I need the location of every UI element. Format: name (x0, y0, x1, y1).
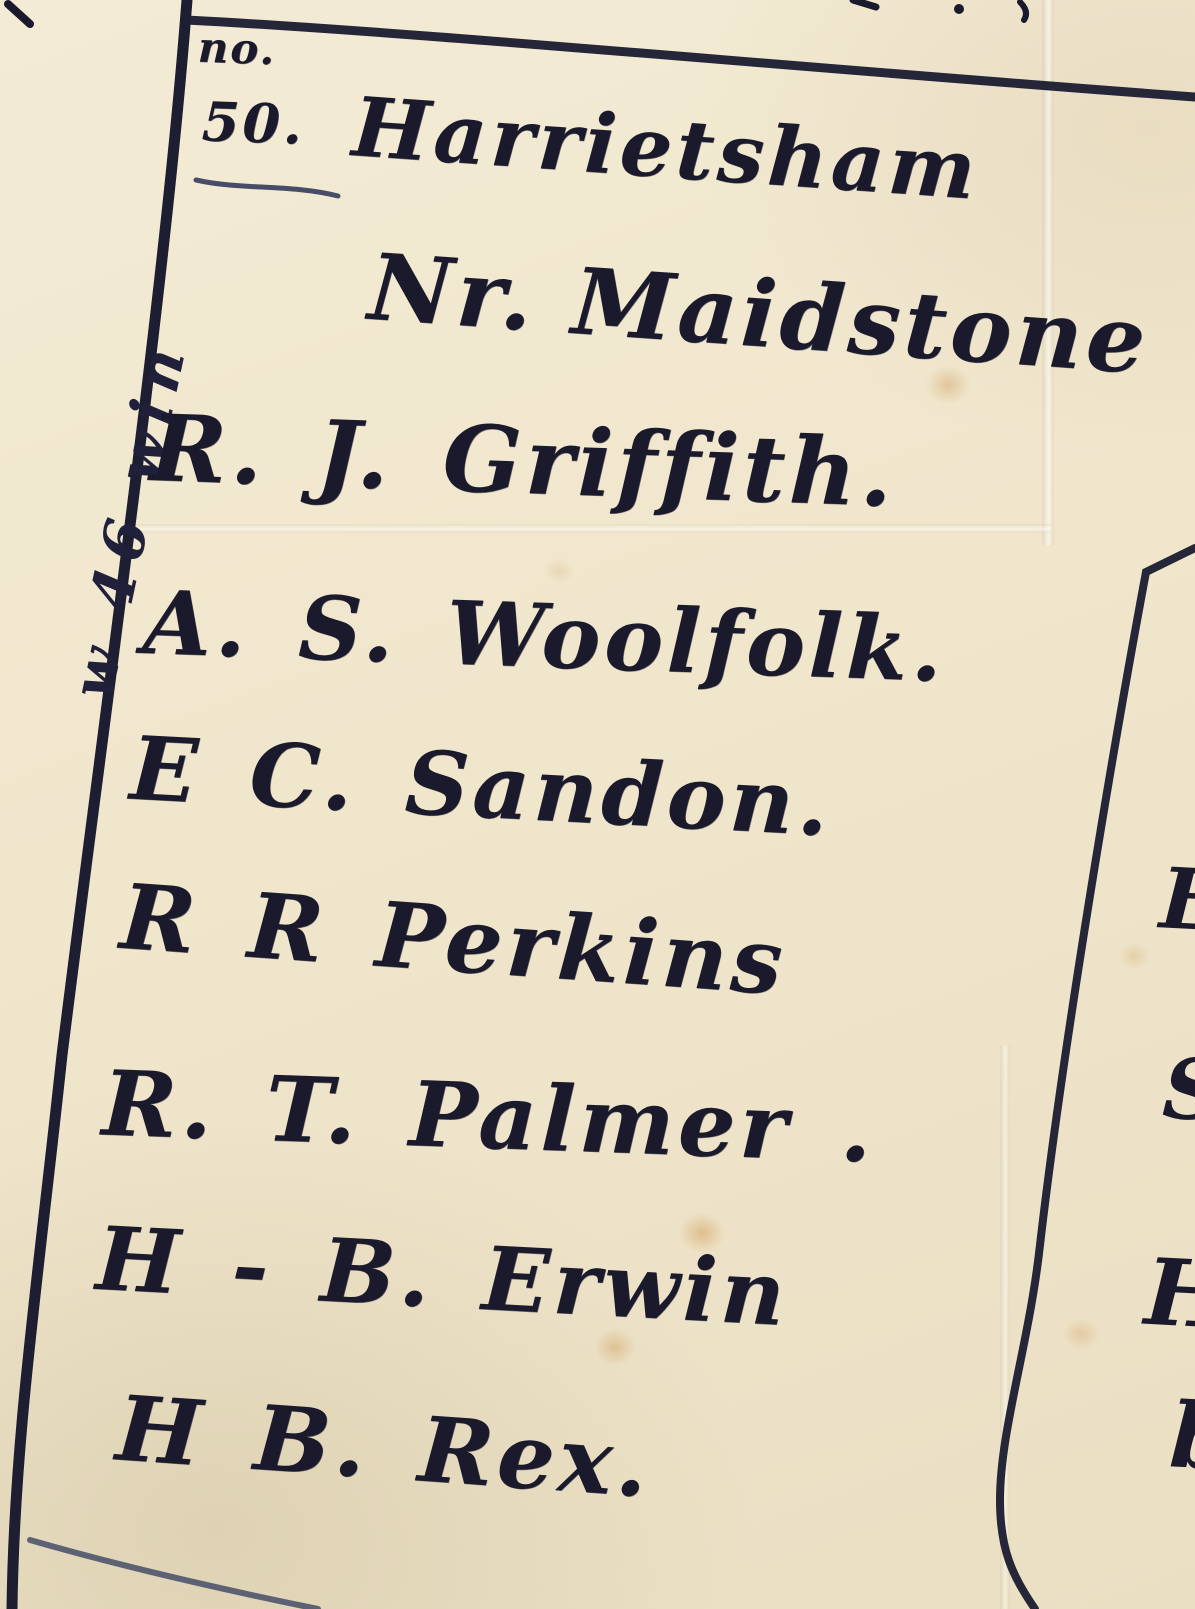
adjacent-fragment-letter-1: E (1158, 856, 1195, 943)
scanned-handwritten-card: w 46 win no. 50. Harrietsham Nr. Maidsto… (0, 0, 1195, 1609)
main-card-bottom-border (30, 1540, 318, 1609)
stray-ink-mark (853, 0, 876, 7)
name-entry-1: R. J. Griffith. (149, 402, 898, 520)
stray-ink-dot (954, 4, 964, 14)
entry-number: 50. (201, 94, 306, 152)
stray-ink-corner-mark (8, 4, 30, 24)
name-entry-2: A. S. Woolfolk. (142, 578, 948, 694)
adjacent-fragment-letter-4: b (1168, 1390, 1195, 1483)
adjacent-fragment-letter-3: H (1143, 1246, 1195, 1342)
entry-number-underline (196, 180, 338, 196)
adjacent-fragment-letter-2: S (1161, 1046, 1195, 1133)
entry-number-label: no. (197, 27, 277, 72)
name-entry-5: R. T. Palmer . (101, 1059, 878, 1176)
stray-ink-comma (1020, 2, 1026, 20)
main-card-top-border (186, 20, 1195, 97)
